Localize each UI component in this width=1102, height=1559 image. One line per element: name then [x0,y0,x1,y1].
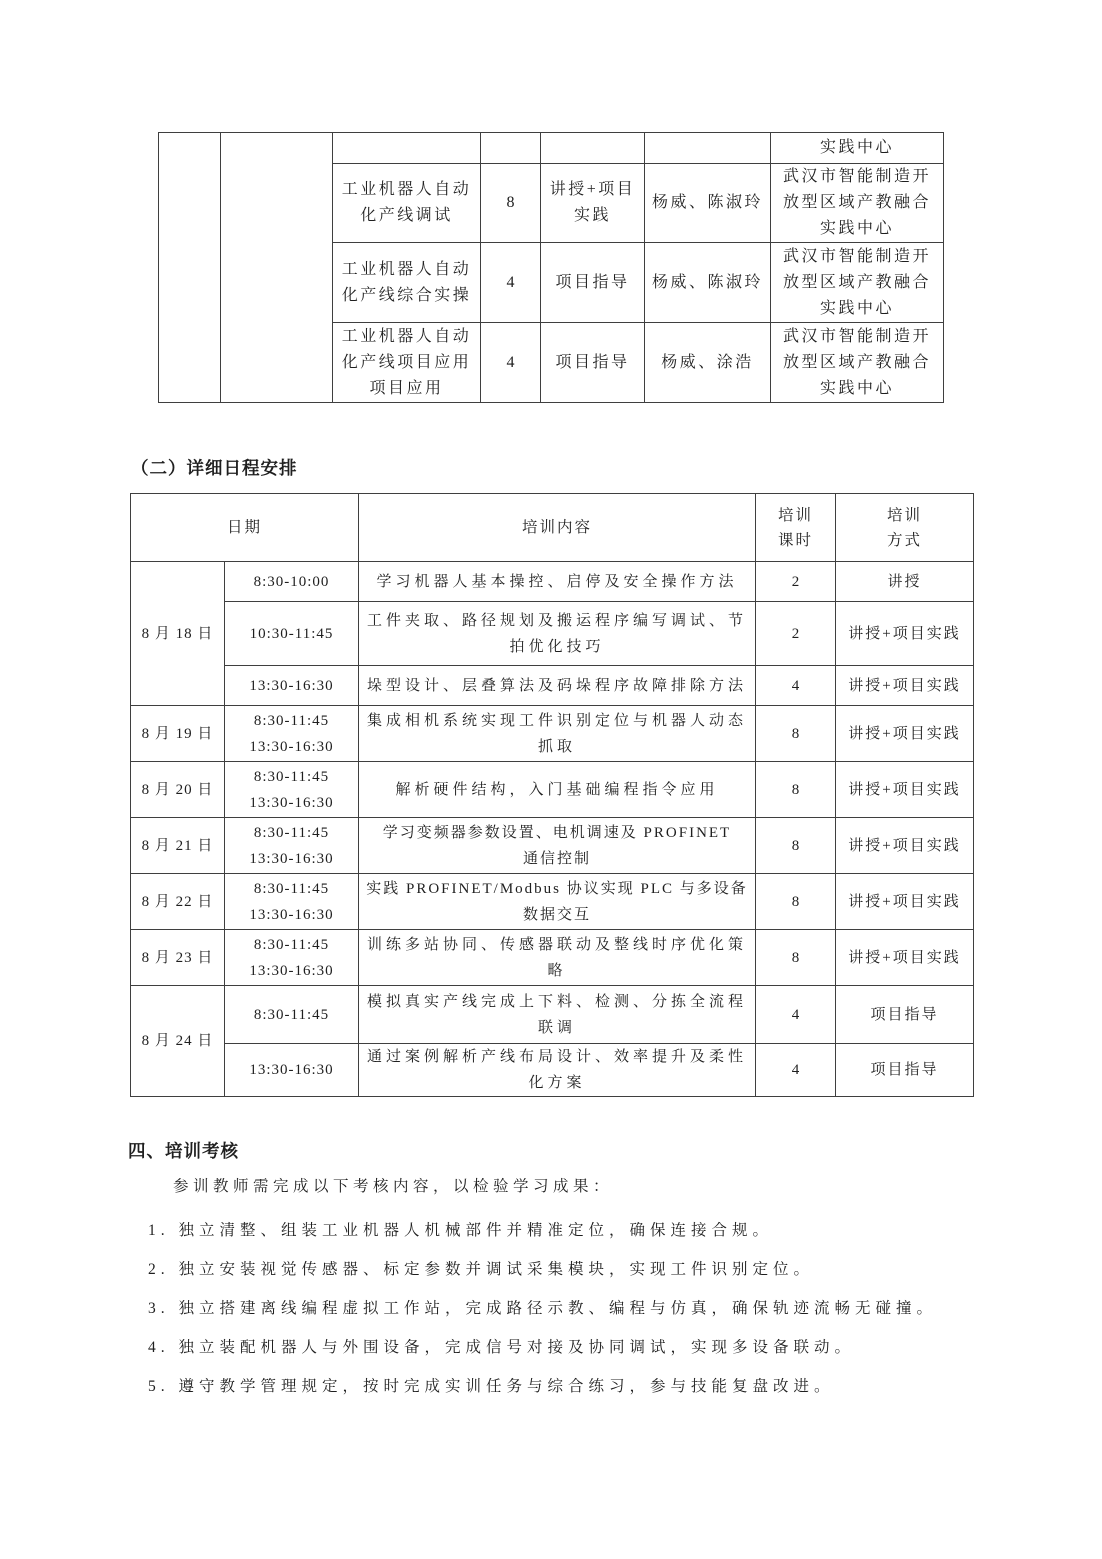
schedule-row: 8 月 18 日 8:30-10:00 学习机器人基本操控、启停及安全操作方法 … [131,562,974,602]
teachers-cell: 杨威、涂浩 [645,323,771,403]
empty-merged-cell [159,133,221,403]
course-cell [333,133,481,164]
location-cell: 实践中心 [771,133,944,164]
schedule-row: 8 月 19 日 8:30-11:45 13:30-16:30 集成相机系统实现… [131,706,974,762]
method-cell: 讲授+项目实践 [836,874,974,930]
method-cell: 项目指导 [541,323,645,403]
time-cell: 13:30-16:30 [225,1044,359,1097]
content-cell: 训练多站协同、传感器联动及整线时序优化策 略 [359,930,756,986]
date-cell: 8 月 18 日 [131,562,225,706]
course-cell: 工业机器人自动 化产线项目应用 项目应用 [333,323,481,403]
hours-cell: 2 [756,602,836,666]
assessment-heading: 四、培训考核 [128,1141,990,1161]
time-cell: 8:30-11:45 [225,986,359,1044]
method-cell: 项目指导 [541,243,645,323]
hours-cell: 8 [756,706,836,762]
hours-cell: 2 [756,562,836,602]
header-method: 培训 方式 [836,494,974,562]
method-cell: 讲授+项目实践 [836,666,974,706]
header-hours: 培训 课时 [756,494,836,562]
teachers-cell [645,133,771,164]
time-cell: 8:30-10:00 [225,562,359,602]
hours-cell: 4 [481,243,541,323]
header-content: 培训内容 [359,494,756,562]
assessment-item: 1. 独立清整、组装工业机器人机械部件并精准定位，确保连接合规。 [128,1221,990,1241]
date-cell: 8 月 21 日 [131,818,225,874]
content-cell: 模拟真实产线完成上下料、检测、分拣全流程 联调 [359,986,756,1044]
hours-cell: 4 [756,1044,836,1097]
content-cell: 解析硬件结构，入门基础编程指令应用 [359,762,756,818]
date-cell: 8 月 22 日 [131,874,225,930]
assessment-section: 四、培训考核 参训教师需完成以下考核内容，以检验学习成果： 1. 独立清整、组装… [128,1141,990,1416]
teachers-cell: 杨威、陈淑玲 [645,243,771,323]
date-cell: 8 月 24 日 [131,986,225,1097]
schedule-row: 8 月 22 日 8:30-11:45 13:30-16:30 实践 PROFI… [131,874,974,930]
schedule-row: 8 月 20 日 8:30-11:45 13:30-16:30 解析硬件结构，入… [131,762,974,818]
assessment-item: 2. 独立安装视觉传感器、标定参数并调试采集模块，实现工件识别定位。 [128,1260,990,1280]
hours-cell: 8 [481,164,541,243]
schedule-row: 8 月 24 日 8:30-11:45 模拟真实产线完成上下料、检测、分拣全流程… [131,986,974,1044]
hours-cell: 4 [756,666,836,706]
method-cell: 讲授+项目 实践 [541,164,645,243]
assessment-item: 5. 遵守教学管理规定，按时完成实训任务与综合练习，参与技能复盘改进。 [128,1377,990,1397]
time-cell: 8:30-11:45 13:30-16:30 [225,762,359,818]
content-cell: 学习机器人基本操控、启停及安全操作方法 [359,562,756,602]
date-cell: 8 月 19 日 [131,706,225,762]
course-cell: 工业机器人自动 化产线综合实操 [333,243,481,323]
schedule-row: 13:30-16:30 通过案例解析产线布局设计、效率提升及柔性 化方案 4 项… [131,1044,974,1097]
hours-cell: 8 [756,874,836,930]
content-cell: 工件夹取、路径规划及搬运程序编写调试、节 拍优化技巧 [359,602,756,666]
location-cell: 武汉市智能制造开 放型区域产教融合 实践中心 [771,243,944,323]
schedule-table: 日期 培训内容 培训 课时 培训 方式 8 月 18 日 8:30-10:00 … [130,493,974,1097]
time-cell: 8:30-11:45 13:30-16:30 [225,930,359,986]
empty-merged-cell [221,133,333,403]
time-cell: 8:30-11:45 13:30-16:30 [225,706,359,762]
content-cell: 集成相机系统实现工件识别定位与机器人动态 抓取 [359,706,756,762]
schedule-row: 8 月 21 日 8:30-11:45 13:30-16:30 学习变频器参数设… [131,818,974,874]
schedule-row: 10:30-11:45 工件夹取、路径规划及搬运程序编写调试、节 拍优化技巧 2… [131,602,974,666]
schedule-row: 13:30-16:30 垛型设计、层叠算法及码垛程序故障排除方法 4 讲授+项目… [131,666,974,706]
table-row-carryover: 实践中心 [159,133,944,164]
method-cell: 讲授 [836,562,974,602]
assessment-intro: 参训教师需完成以下考核内容，以检验学习成果： [128,1177,990,1197]
time-cell: 8:30-11:45 13:30-16:30 [225,874,359,930]
method-cell [541,133,645,164]
content-cell: 通过案例解析产线布局设计、效率提升及柔性 化方案 [359,1044,756,1097]
document-page: 实践中心 工业机器人自动 化产线调试 8 讲授+项目 实践 杨威、陈淑玲 武汉市… [0,0,1102,1559]
course-cell: 工业机器人自动 化产线调试 [333,164,481,243]
schedule-section-heading: （二）详细日程安排 [131,458,298,478]
time-cell: 10:30-11:45 [225,602,359,666]
content-cell: 实践 PROFINET/Modbus 协议实现 PLC 与多设备 数据交互 [359,874,756,930]
method-cell: 讲授+项目实践 [836,930,974,986]
assessment-item: 4. 独立装配机器人与外围设备，完成信号对接及协同调试，实现多设备联动。 [128,1338,990,1358]
hours-cell: 4 [756,986,836,1044]
method-cell: 讲授+项目实践 [836,602,974,666]
hours-cell: 8 [756,818,836,874]
assessment-item: 3. 独立搭建离线编程虚拟工作站，完成路径示教、编程与仿真，确保轨迹流畅无碰撞。 [128,1299,990,1319]
location-cell: 武汉市智能制造开 放型区域产教融合 实践中心 [771,323,944,403]
hours-cell: 4 [481,323,541,403]
hours-cell [481,133,541,164]
method-cell: 讲授+项目实践 [836,818,974,874]
hours-cell: 8 [756,930,836,986]
header-date: 日期 [131,494,359,562]
hours-cell: 8 [756,762,836,818]
teachers-cell: 杨威、陈淑玲 [645,164,771,243]
content-cell: 学习变频器参数设置、电机调速及 PROFINET 通信控制 [359,818,756,874]
course-plan-table: 实践中心 工业机器人自动 化产线调试 8 讲授+项目 实践 杨威、陈淑玲 武汉市… [158,132,944,403]
method-cell: 讲授+项目实践 [836,762,974,818]
content-cell: 垛型设计、层叠算法及码垛程序故障排除方法 [359,666,756,706]
time-cell: 8:30-11:45 13:30-16:30 [225,818,359,874]
method-cell: 讲授+项目实践 [836,706,974,762]
schedule-header-row: 日期 培训内容 培训 课时 培训 方式 [131,494,974,562]
schedule-row: 8 月 23 日 8:30-11:45 13:30-16:30 训练多站协同、传… [131,930,974,986]
location-cell: 武汉市智能制造开 放型区域产教融合 实践中心 [771,164,944,243]
date-cell: 8 月 23 日 [131,930,225,986]
method-cell: 项目指导 [836,986,974,1044]
date-cell: 8 月 20 日 [131,762,225,818]
time-cell: 13:30-16:30 [225,666,359,706]
method-cell: 项目指导 [836,1044,974,1097]
